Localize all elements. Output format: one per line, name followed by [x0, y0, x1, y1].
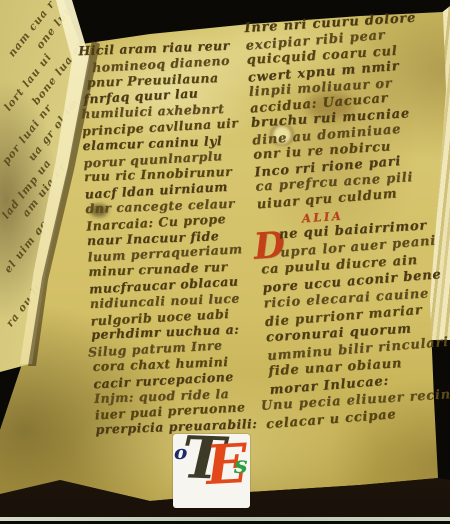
right-text-column: Inre nri cuuru doloreexcipiar ribi pearq… [244, 8, 450, 432]
left-text-column: Hicil aram riau reurhomineoq dianenopnur… [78, 36, 264, 438]
right-column-lower: D ne qui baiairrimorupra lor auer peanic… [258, 214, 450, 432]
manuscript-photo: nam cua rone lur adlort lau uibone lua e… [0, 0, 450, 524]
right-column-upper: Inre nri cuuru doloreexcipiar ribi pearq… [244, 8, 450, 212]
right-column-lower-lines: ne qui baiairrimorupra lor auer peanica … [258, 214, 450, 432]
table-edge-highlight [0, 517, 450, 521]
watermark-letter-s: s [234, 450, 248, 479]
watermark-logo: o T E s [173, 434, 250, 508]
